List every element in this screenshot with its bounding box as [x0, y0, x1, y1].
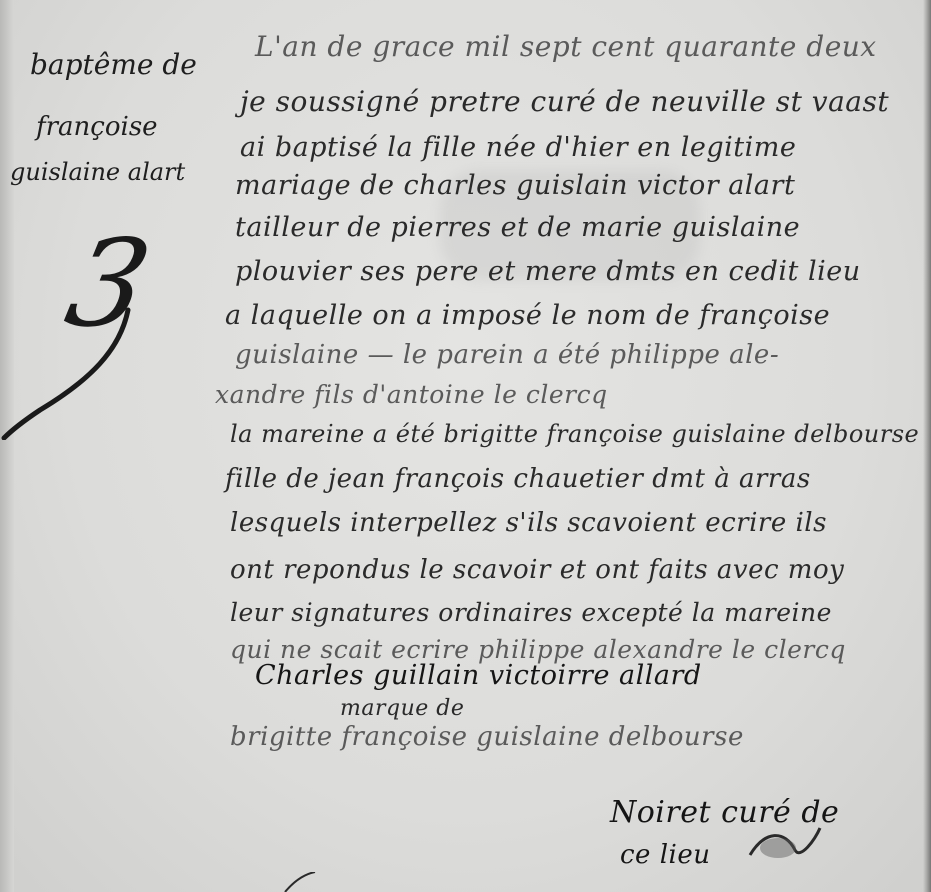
body-line-13: ont repondus le scavoir et ont faits ave…: [230, 555, 844, 585]
body-line-1: L'an de grace mil sept cent quarante deu…: [255, 30, 877, 63]
body-line-3: ai baptisé la fille née d'hier en legiti…: [240, 132, 796, 163]
body-line-14: leur signatures ordinaires excepté la ma…: [230, 598, 832, 627]
body-line-6: plouvier ses pere et mere dmts en cedit …: [235, 256, 861, 287]
body-line-7: a laquelle on a imposé le nom de françoi…: [225, 300, 830, 331]
body-line-12: lesquels interpellez s'ils scavoient ecr…: [230, 508, 827, 538]
body-line-2: je soussigné pretre curé de neuville st …: [240, 85, 889, 118]
page-binding-edge: [0, 0, 14, 892]
signature-godmother: brigitte françoise guislaine delbourse: [230, 722, 744, 752]
margin-heading-surname: guislaine alart: [10, 158, 185, 186]
next-entry-stroke: [280, 872, 340, 892]
body-line-10: la mareine a été brigitte françoise guis…: [230, 420, 919, 448]
body-line-5: tailleur de pierres et de marie guislain…: [235, 212, 800, 243]
margin-flourish-stroke: [0, 300, 140, 440]
body-line-11: fille de jean françois chauetier dmt à a…: [225, 464, 811, 494]
signature-father: Charles guillain victoirre allard: [255, 660, 702, 691]
priest-paraph-flourish: [740, 820, 830, 870]
margin-heading-name: françoise: [36, 112, 158, 142]
page-right-edge: [923, 0, 931, 892]
margin-heading-bapteme: baptême de: [30, 48, 197, 81]
body-line-8: guislaine — le parein a été philippe ale…: [235, 340, 779, 370]
body-line-4: mariage de charles guislain victor alart: [235, 170, 795, 201]
body-line-9: xandre fils d'antoine le clercq: [215, 380, 608, 409]
godmother-mark-label: marque de: [340, 696, 464, 721]
signature-priest-place: ce lieu: [620, 840, 710, 870]
register-page: baptême de françoise guislaine alart 3 L…: [0, 0, 931, 892]
